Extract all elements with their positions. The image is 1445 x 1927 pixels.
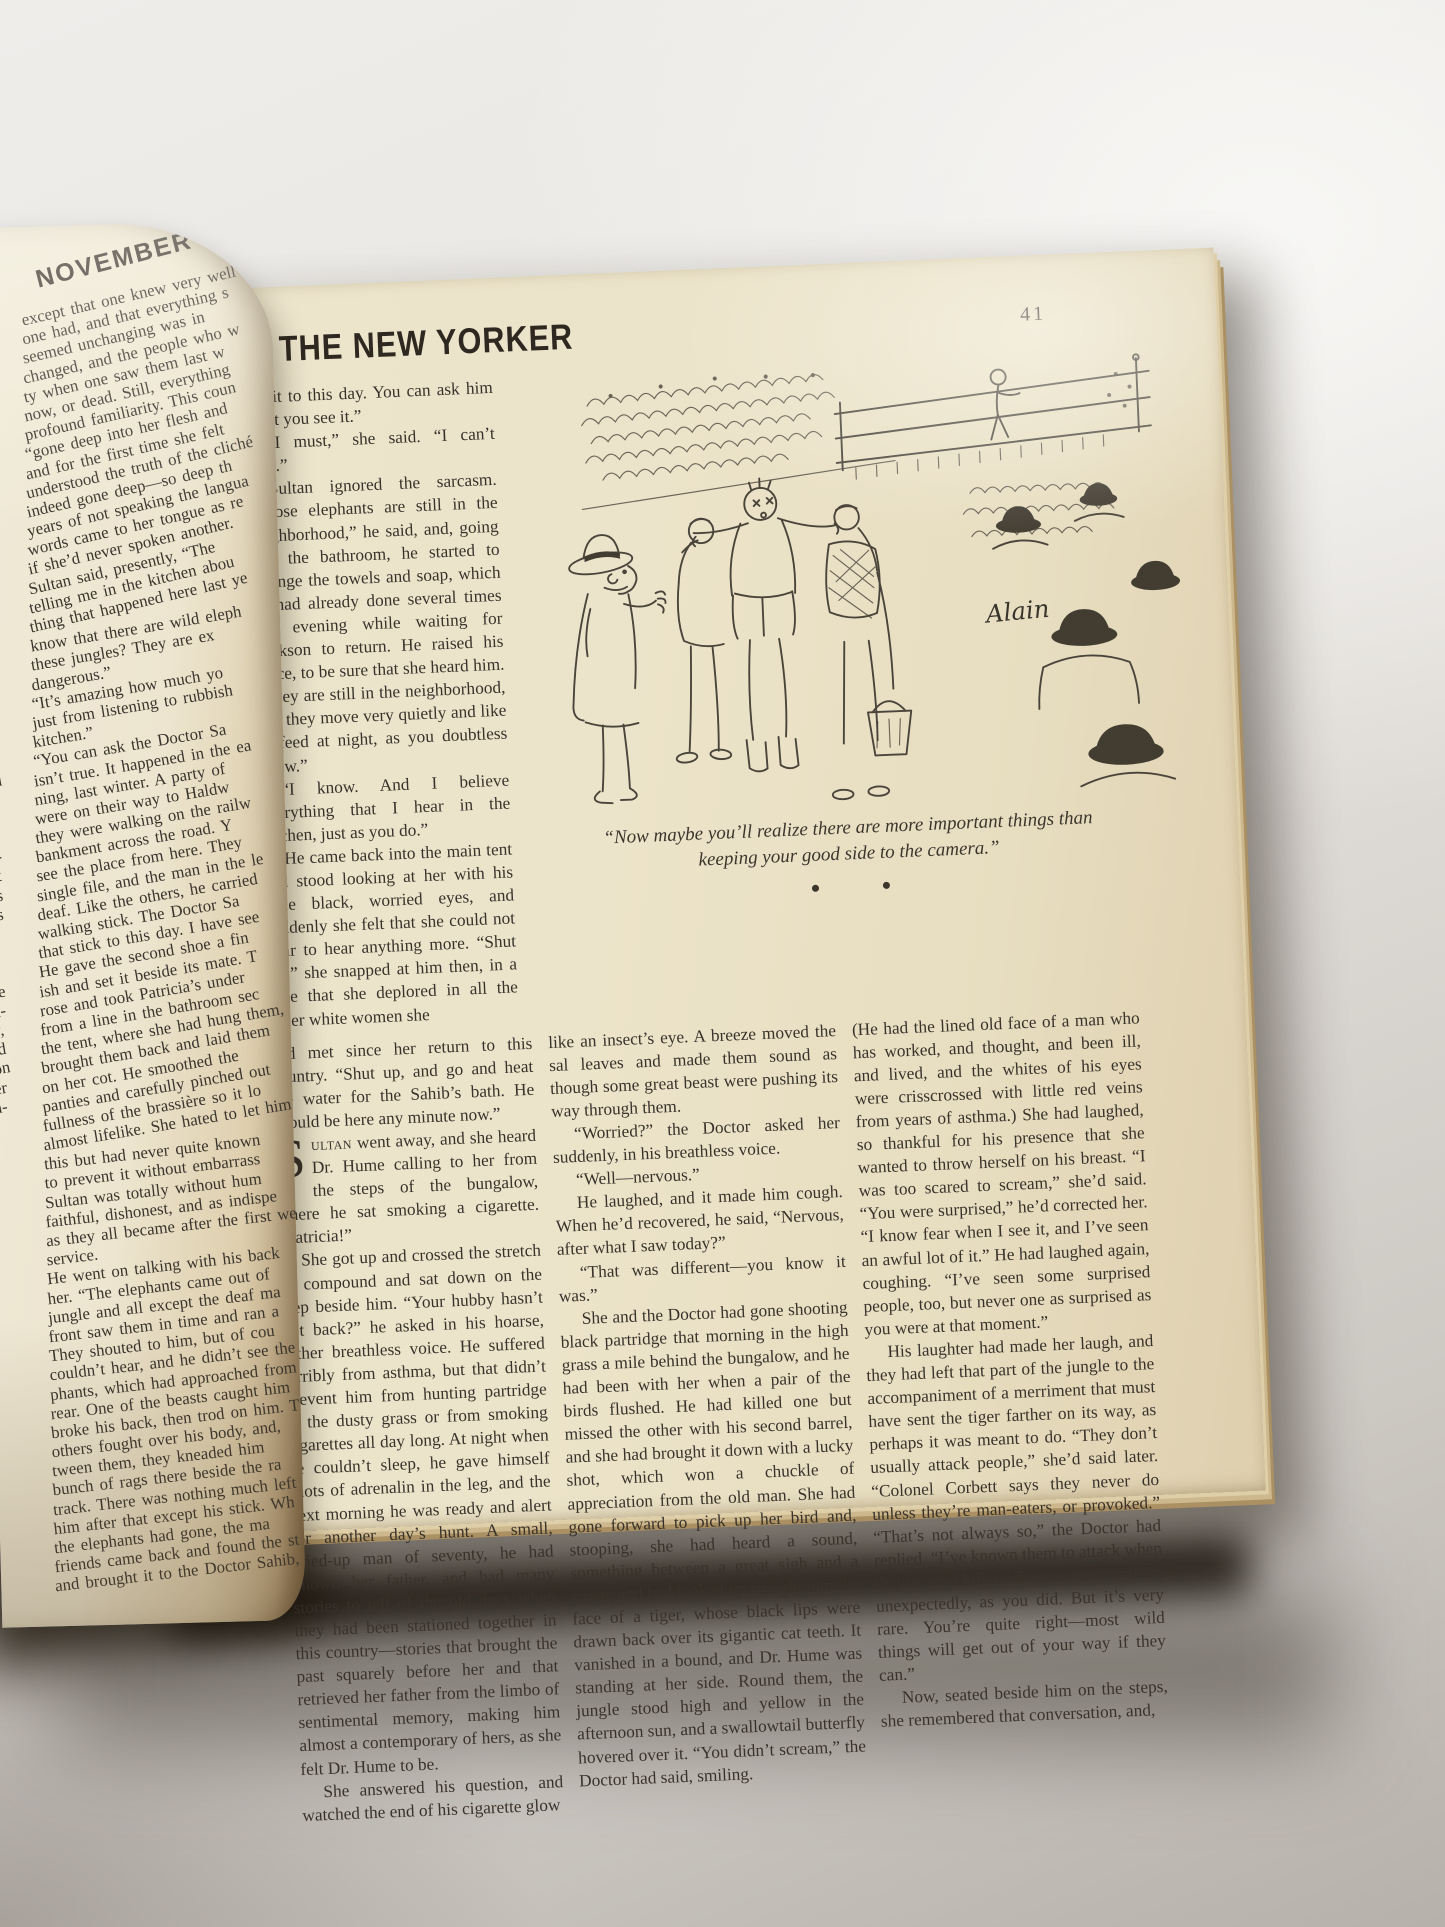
edge-fragment: a- bbox=[0, 1094, 26, 1118]
drop-cap-word: ultan bbox=[310, 1133, 352, 1154]
left-page-edge-fragments: medrs,thnente-n-otgn-edonericnegddn.nedn… bbox=[0, 311, 25, 1117]
left-magazine-page: NOVEMBER 22, 19 medrs,thnente-n-otgn-edo… bbox=[0, 220, 306, 1627]
story-paragraph: He came back into the main tent and stoo… bbox=[262, 837, 520, 1032]
story-paragraph: Sultan ignored the sarcasm. “Those eleph… bbox=[246, 468, 508, 778]
cartoon-block: Alain “Now maybe you’ll realize there ar… bbox=[508, 348, 1176, 1021]
story-paragraph: His laughter had made her laugh, and the… bbox=[865, 1329, 1167, 1687]
story-paragraph: had met since her return to this country… bbox=[270, 1031, 536, 1134]
drop-cap-paragraph: Sultan went away, and she heard Dr. Hume… bbox=[274, 1124, 541, 1250]
column-3: (He had the lined old face of a man who … bbox=[851, 1006, 1172, 1803]
story-paragraph: He laughed, and it made him cough. When … bbox=[554, 1180, 845, 1261]
right-magazine-page: THE NEW YORKER 41 has it to this day. Yo… bbox=[212, 248, 1265, 1533]
page-number: 41 bbox=[1020, 303, 1047, 327]
cartoon-signature: Alain bbox=[983, 594, 1051, 629]
boxing-cartoon-illustration: Alain bbox=[508, 343, 1194, 823]
upper-region: has it to this day. You can ask him to l… bbox=[242, 348, 1175, 1032]
lower-region: had met since her return to this country… bbox=[270, 1004, 1209, 1826]
column-1-lower: had met since her return to this country… bbox=[270, 1031, 565, 1826]
story-paragraph: (He had the lined old face of a man who … bbox=[851, 1006, 1152, 1341]
story-paragraph: She and the Doctor had gone shooting bla… bbox=[559, 1296, 867, 1793]
story-paragraph: “I know. And I believe everything that I… bbox=[259, 768, 512, 848]
magazine-title: THE NEW YORKER bbox=[278, 316, 574, 370]
page-content: has it to this day. You can ask him to l… bbox=[242, 348, 1209, 1827]
story-paragraph: She got up and crossed the stretch of co… bbox=[279, 1239, 563, 1781]
story-paragraph: like an insect’s eye. A breeze moved the… bbox=[548, 1019, 840, 1123]
column-2: like an insect’s eye. A breeze moved the… bbox=[548, 1019, 869, 1816]
magazine-photo: THE NEW YORKER 41 has it to this day. Yo… bbox=[0, 0, 1445, 1927]
left-page-text: except that one knew very wellone had, a… bbox=[22, 301, 306, 1596]
